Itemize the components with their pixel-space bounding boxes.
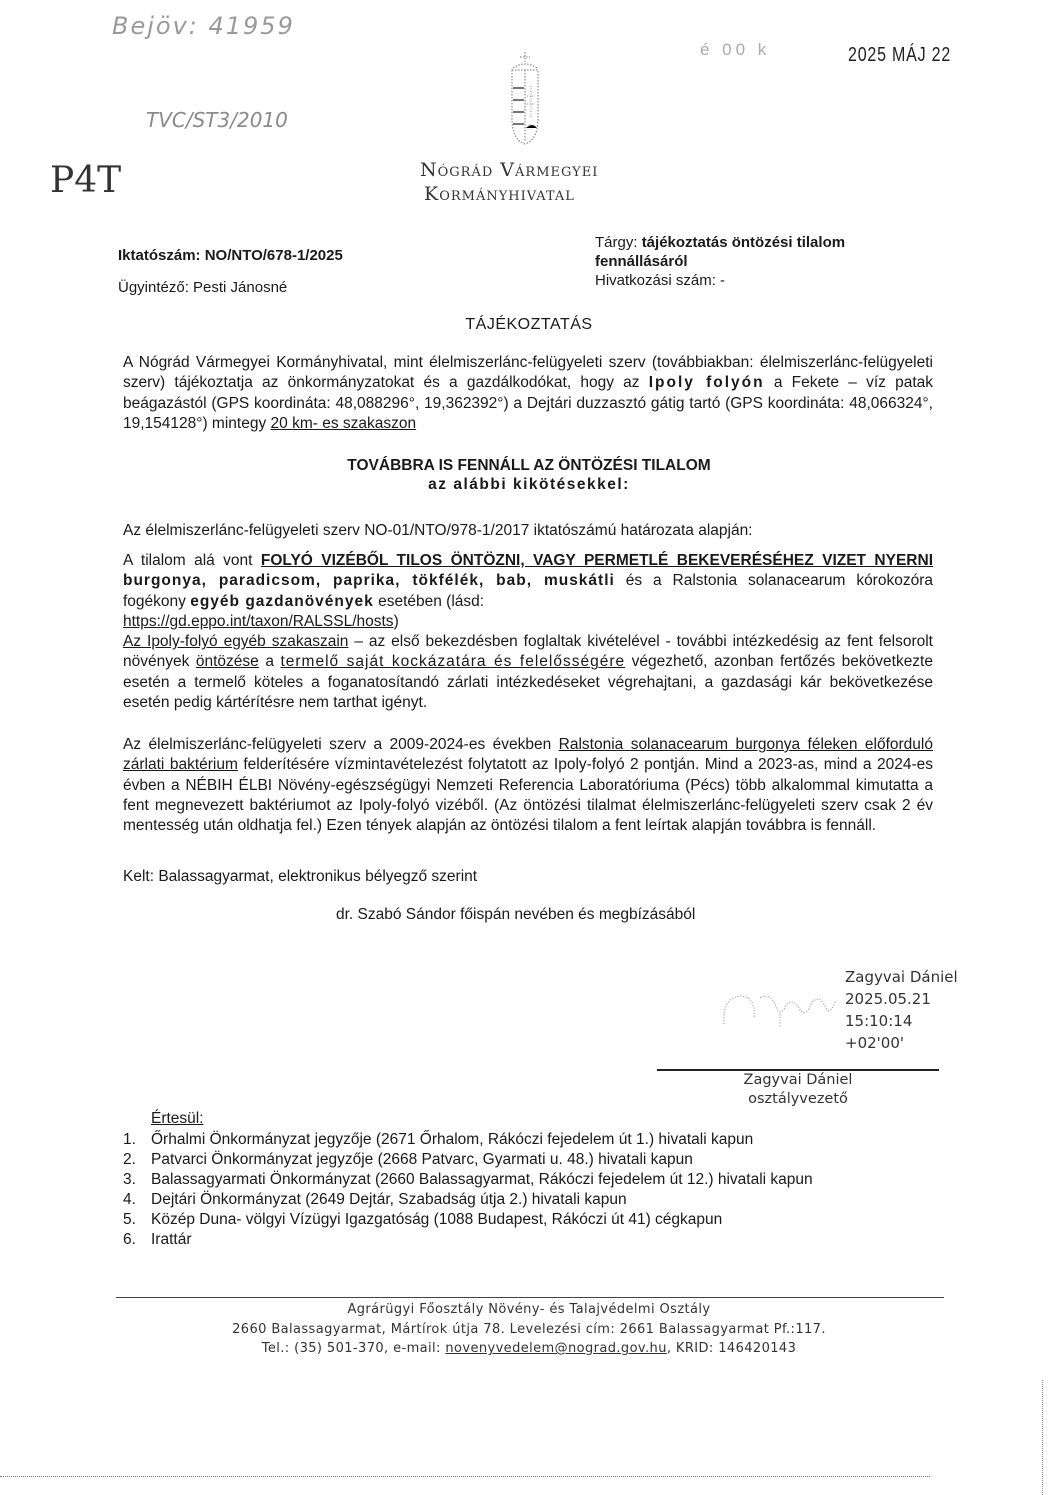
coat-of-arms-icon — [508, 48, 542, 148]
item-number: 4. — [123, 1190, 151, 1210]
item-text: Patvarci Önkormányzat jegyzője (2668 Pat… — [151, 1150, 933, 1170]
list-item: 3.Balassagyarmati Önkormányzat (2660 Bal… — [123, 1170, 933, 1190]
paragraph-intro: A Nógrád Vármegyei Kormányhivatal, mint … — [123, 353, 933, 434]
digital-signature-timezone: +02'00' — [845, 1032, 958, 1054]
footer-department: Agrárügyi Főosztály Növény- és Talajvéde… — [0, 1300, 1058, 1320]
case-handler: Ügyintéző: Pesti Jánosné — [118, 278, 343, 298]
on-behalf-of: dr. Szabó Sándor főispán nevében és megb… — [336, 906, 695, 924]
notify-list: 1.Őrhalmi Önkormányzat jegyzője (2671 Őr… — [123, 1130, 933, 1250]
reference-value: NO/NTO/678-1/2025 — [205, 247, 343, 264]
clerk-label: Ügyintéző: — [118, 279, 189, 296]
footer-phone: Tel.: (35) 501-370, e-mail: — [262, 1341, 446, 1356]
item-text: Balassagyarmati Önkormányzat (2660 Balas… — [151, 1170, 933, 1190]
handwritten-file-number: TVC/ST3/2010 — [146, 108, 288, 132]
footer-address: 2660 Balassagyarmat, Mártírok útja 78. L… — [0, 1320, 1058, 1340]
irrigation-term: öntözése — [196, 653, 259, 670]
digital-signature-block: Zagyvai Dániel 2025.05.21 15:10:14 +02'0… — [845, 966, 958, 1054]
faint-stamp: é 00 k — [700, 40, 770, 60]
prohibition-text: FOLYÓ VIZÉBŐL TILOS ÖNTÖZNI, VAGY PERMET… — [261, 552, 933, 569]
own-risk-term: termelő saját kockázatára és felelősségé… — [280, 653, 625, 670]
subject-value-cont: fennállásáról — [595, 253, 688, 270]
headline-line2: az alábbi kikötésekkel: — [0, 475, 1058, 494]
document-meta-right: Tárgy: tájékoztatás öntözési tilalom fen… — [595, 233, 931, 290]
text: ) — [394, 613, 399, 630]
list-item: 2.Patvarci Önkormányzat jegyzője (2668 P… — [123, 1150, 933, 1170]
other-host-plants: egyéb gazdanövények — [190, 593, 374, 610]
item-text: Közép Duna- völgyi Vízügyi Igazgatóság (… — [151, 1210, 933, 1230]
signer-name: Zagyvai Dániel — [657, 1071, 939, 1090]
text: Az élelmiszerlánc-felügyeleti szerv a 20… — [123, 736, 559, 753]
place-of-issue: Kelt: Balassagyarmat, elektronikus bélye… — [123, 868, 477, 886]
other-sections: Az Ipoly-folyó egyéb szakaszain — [123, 633, 348, 650]
footer: Agrárügyi Főosztály Növény- és Talajvéde… — [0, 1300, 1058, 1359]
paragraph-legal-basis: Az élelmiszerlánc-felügyeleti szerv NO-0… — [123, 521, 933, 541]
text: A tilalom alá vont — [123, 552, 261, 569]
scan-edge-artifact — [0, 1476, 930, 1477]
item-number: 3. — [123, 1170, 151, 1190]
digital-signature-time: 15:10:14 — [845, 1010, 958, 1032]
text: a — [259, 653, 281, 670]
paragraph-prohibition: A tilalom alá vont FOLYÓ VIZÉBŐL TILOS Ö… — [123, 551, 933, 713]
section-length: 20 km- es szakaszon — [271, 415, 417, 432]
subject-value: tájékoztatás öntözési tilalom — [642, 234, 845, 251]
document-title: TÁJÉKOZTATÁS — [0, 316, 1058, 334]
headline-line1: TOVÁBBRA IS FENNÁLL AZ ÖNTÖZÉSI TILALOM — [0, 456, 1058, 475]
footer-email-link[interactable]: novenyvedelem@nograd.gov.hu — [445, 1341, 666, 1356]
notify-heading: Értesül: — [151, 1110, 204, 1128]
text: felderítésére vízmintavételezést folytat… — [123, 756, 933, 834]
list-item: 6.Irattár — [123, 1230, 933, 1250]
footer-krid: , KRID: 146420143 — [667, 1341, 796, 1356]
digital-signer-name: Zagyvai Dániel — [845, 966, 958, 988]
reference-number: Iktatószám: NO/NTO/678-1/2025 — [118, 246, 343, 266]
eppo-hosts-link[interactable]: https://gd.eppo.int/taxon/RALSSL/hosts — [123, 613, 394, 630]
footer-contact: Tel.: (35) 501-370, e-mail: novenyvedele… — [0, 1339, 1058, 1359]
item-text: Dejtári Önkormányzat (2649 Dejtár, Szaba… — [151, 1190, 933, 1210]
handwritten-initials: P4T — [50, 160, 121, 201]
list-item: 5.Közép Duna- völgyi Vízügyi Igazgatóság… — [123, 1210, 933, 1230]
handwritten-registration-note: Bejöv: 41959 — [112, 12, 295, 40]
item-number: 2. — [123, 1150, 151, 1170]
citation-label: Hivatkozási szám: — [595, 272, 716, 289]
clerk-value: Pesti Jánosné — [193, 279, 287, 296]
subject-label: Tárgy: — [595, 234, 638, 251]
signer: Zagyvai Dániel osztályvezető — [657, 1071, 939, 1109]
paragraph-findings: Az élelmiszerlánc-felügyeleti szerv a 20… — [123, 735, 933, 836]
item-text: Őrhalmi Önkormányzat jegyzője (2671 Őrha… — [151, 1130, 933, 1150]
org-name-line1: Nógrád Vármegyei — [420, 158, 680, 182]
issuer-organization: Nógrád Vármegyei Kormányhivatal — [420, 158, 680, 206]
river-name: Ipoly folyón — [649, 374, 765, 391]
citation-number: Hivatkozási szám: - — [595, 271, 931, 290]
item-number: 6. — [123, 1230, 151, 1250]
received-date-stamp: 2025 MÁJ 22 — [848, 44, 951, 67]
digital-signature-date: 2025.05.21 — [845, 988, 958, 1010]
item-number: 5. — [123, 1210, 151, 1230]
footer-divider — [116, 1297, 944, 1298]
crop-list: burgonya, paradicsom, paprika, tökfélék,… — [123, 572, 615, 589]
document-meta-left: Iktatószám: NO/NTO/678-1/2025 Ügyintéző:… — [118, 246, 343, 298]
reference-label: Iktatószám: — [118, 247, 201, 264]
text: esetében (lásd: — [374, 593, 484, 610]
org-name-line2: Kormányhivatal — [420, 182, 680, 206]
citation-value: - — [720, 272, 725, 289]
item-text: Irattár — [151, 1230, 933, 1250]
subject-line: Tárgy: tájékoztatás öntözési tilalom — [595, 233, 931, 252]
signer-title: osztályvezető — [657, 1090, 939, 1109]
scan-edge-artifact-right — [1042, 1380, 1043, 1495]
list-item: 4.Dejtári Önkormányzat (2649 Dejtár, Sza… — [123, 1190, 933, 1210]
list-item: 1.Őrhalmi Önkormányzat jegyzője (2671 Őr… — [123, 1130, 933, 1150]
signature-scribble-icon — [720, 988, 840, 1028]
prohibition-headline: TOVÁBBRA IS FENNÁLL AZ ÖNTÖZÉSI TILALOM … — [0, 456, 1058, 494]
item-number: 1. — [123, 1130, 151, 1150]
